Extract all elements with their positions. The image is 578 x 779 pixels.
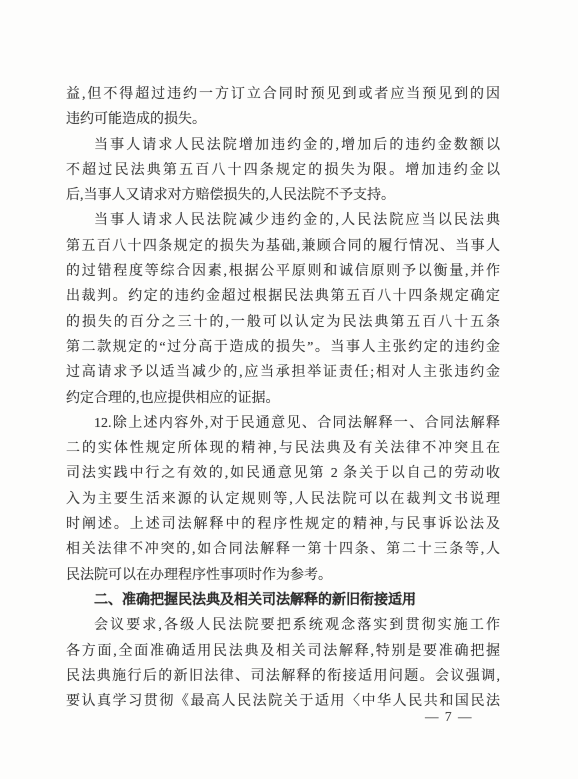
text-line: 司法实践中行之有效的,如民通意见第 2 条关于以自己的劳动收 [66, 461, 500, 486]
text-block: 益,但不得超过违约一方订立合同时预见到或者应当预见到的因 违约可能造成的损失。 … [66, 82, 500, 714]
text-line: 约定合理的,也应提供相应的证据。 [66, 386, 500, 411]
text-line: 各方面,全面准确适用民法典及相关司法解释,特别是要准确把握 [66, 639, 500, 664]
text-line: 二的实体性规定所体现的精神,与民法典及有关法律不冲突且在 [66, 436, 500, 461]
text-line: 入为主要生活来源的认定规则等,人民法院可以在裁判文书说理 [66, 487, 500, 512]
text-line: 的过错程度等综合因素,根据公平原则和诚信原则予以衡量,并作 [66, 259, 500, 284]
text-line: 会议要求,各级人民法院要把系统观念落实到贯彻实施工作 [66, 613, 500, 638]
text-line: 第二款规定的“过分高于造成的损失”。当事人主张约定的违约金 [66, 335, 500, 360]
text-line: 第五百八十四条规定的损失为基础,兼顾合同的履行情况、当事人 [66, 234, 500, 259]
section-heading: 二、准确把握民法典及相关司法解释的新旧衔接适用 [66, 588, 500, 613]
text-line: 后,当事人又请求对方赔偿损失的,人民法院不予支持。 [66, 183, 500, 208]
text-line: 时阐述。上述司法解释中的程序性规定的精神,与民事诉讼法及 [66, 512, 500, 537]
text-line: 过高请求予以适当减少的,应当承担举证责任;相对人主张违约金 [66, 360, 500, 385]
text-line: 不超过民法典第五百八十四条规定的损失为限。增加违约金以 [66, 158, 500, 183]
text-line: 民法典施行后的新旧法律、司法解释的衔接适用问题。会议强调, [66, 664, 500, 689]
text-line: 12.除上述内容外,对于民通意见、合同法解释一、合同法解释 [66, 411, 500, 436]
text-line: 出裁判。约定的违约金超过根据民法典第五百八十四条规定确定 [66, 284, 500, 309]
text-line: 益,但不得超过违约一方订立合同时预见到或者应当预见到的因 [66, 82, 500, 107]
text-line: 当事人请求人民法院增加违约金的,增加后的违约金数额以 [66, 133, 500, 158]
text-line: 民法院可以在办理程序性事项时作为参考。 [66, 563, 500, 588]
text-line: 违约可能造成的损失。 [66, 107, 500, 132]
text-line: 的损失的百分之三十的,一般可以认定为民法典第五百八十五条 [66, 310, 500, 335]
text-line: 当事人请求人民法院减少违约金的,人民法院应当以民法典 [66, 208, 500, 233]
text-line: 相关法律不冲突的,如合同法解释一第十四条、第二十三条等,人 [66, 537, 500, 562]
page-number: — 7 — [425, 709, 473, 725]
document-page: 益,但不得超过违约一方订立合同时预见到或者应当预见到的因 违约可能造成的损失。 … [0, 0, 578, 779]
